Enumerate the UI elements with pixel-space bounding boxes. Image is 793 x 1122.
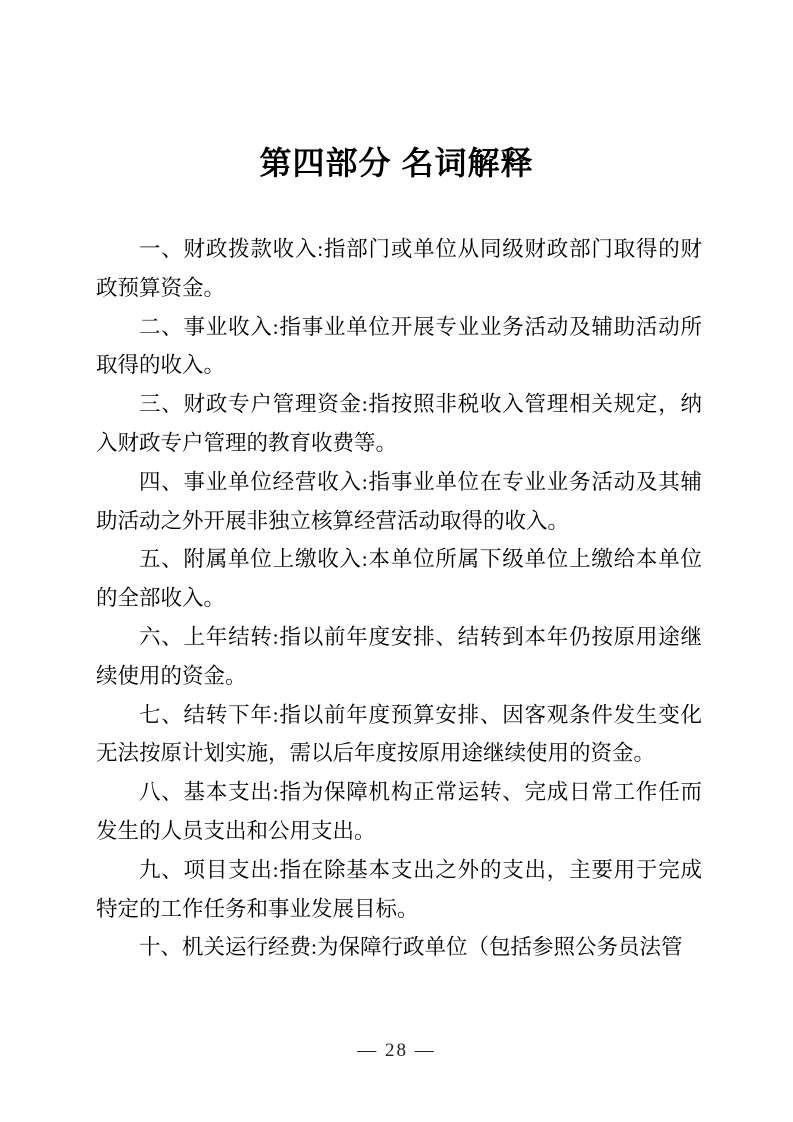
page-number: — 28 —	[0, 1040, 793, 1062]
definition-paragraph-5: 五、附属单位上缴收入:本单位所属下级单位上缴给本单位的全部收入。	[96, 540, 702, 618]
definition-paragraph-3: 三、财政专户管理资金:指按照非税收入管理相关规定，纳入财政专户管理的教育收费等。	[96, 385, 702, 463]
definitions-body: 一、财政拨款收入:指部门或单位从同级财政部门取得的财政预算资金。 二、事业收入:…	[96, 230, 702, 967]
definition-paragraph-4: 四、事业单位经营收入:指事业单位在专业业务活动及其辅助活动之外开展非独立核算经营…	[96, 463, 702, 541]
definition-paragraph-7: 七、结转下年:指以前年度预算安排、因客观条件发生变化无法按原计划实施，需以后年度…	[96, 696, 702, 774]
definition-paragraph-8: 八、基本支出:指为保障机构正常运转、完成日常工作任而发生的人员支出和公用支出。	[96, 773, 702, 851]
document-title: 第四部分 名词解释	[0, 0, 793, 184]
definition-paragraph-2: 二、事业收入:指事业单位开展专业业务活动及辅助活动所取得的收入。	[96, 308, 702, 386]
definition-paragraph-10: 十、机关运行经费:为保障行政单位（包括参照公务员法管	[96, 928, 702, 967]
definition-paragraph-6: 六、上年结转:指以前年度安排、结转到本年仍按原用途继续使用的资金。	[96, 618, 702, 696]
definition-paragraph-9: 九、项目支出:指在除基本支出之外的支出，主要用于完成特定的工作任务和事业发展目标…	[96, 851, 702, 929]
document-page: 第四部分 名词解释 一、财政拨款收入:指部门或单位从同级财政部门取得的财政预算资…	[0, 0, 793, 1122]
definition-paragraph-1: 一、财政拨款收入:指部门或单位从同级财政部门取得的财政预算资金。	[96, 230, 702, 308]
